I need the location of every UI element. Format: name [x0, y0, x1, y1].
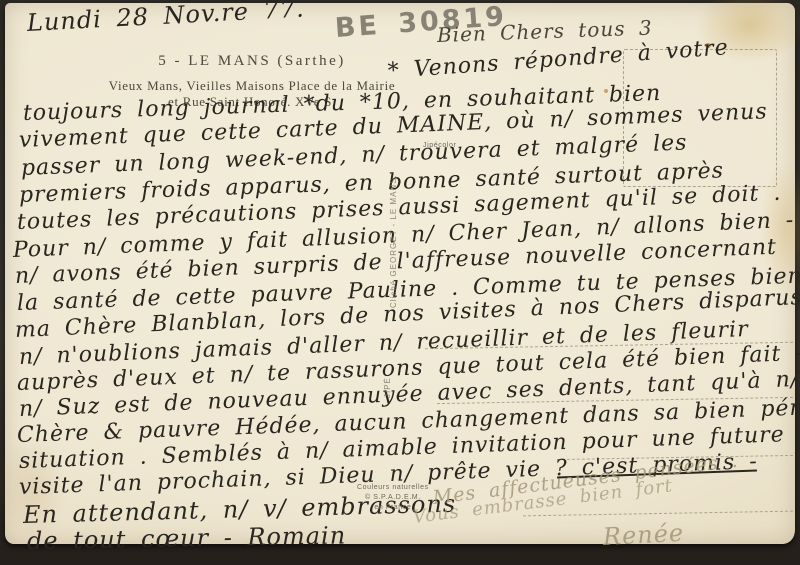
color-process-label: Jipécolor	[423, 141, 456, 151]
postcard-scan: Lundi 28 Nov.re 77. BE 30819 Bien Chers …	[0, 0, 800, 565]
spadem-line2: © S.P.A.D.E.M.	[365, 494, 421, 501]
spadem-line3: en France	[374, 504, 411, 511]
spadem-line1: Couleurs naturelles	[357, 484, 429, 491]
salutation: Bien Chers tous 3	[437, 17, 653, 45]
address-line	[523, 511, 793, 517]
caption-title: 5 - LE MANS (Sarthe)	[97, 53, 407, 70]
publisher-imprint: JIPÉ	[383, 377, 392, 398]
message-line: de tout cœur - Romain	[27, 523, 347, 553]
pencil-signature: Renée	[602, 521, 684, 549]
date-line: Lundi 28 Nov.re 77.	[26, 0, 305, 35]
photographer-imprint: Cliché GEORGET - LE MANS.	[389, 174, 398, 308]
postcard-back: Lundi 28 Nov.re 77. BE 30819 Bien Chers …	[5, 3, 795, 544]
